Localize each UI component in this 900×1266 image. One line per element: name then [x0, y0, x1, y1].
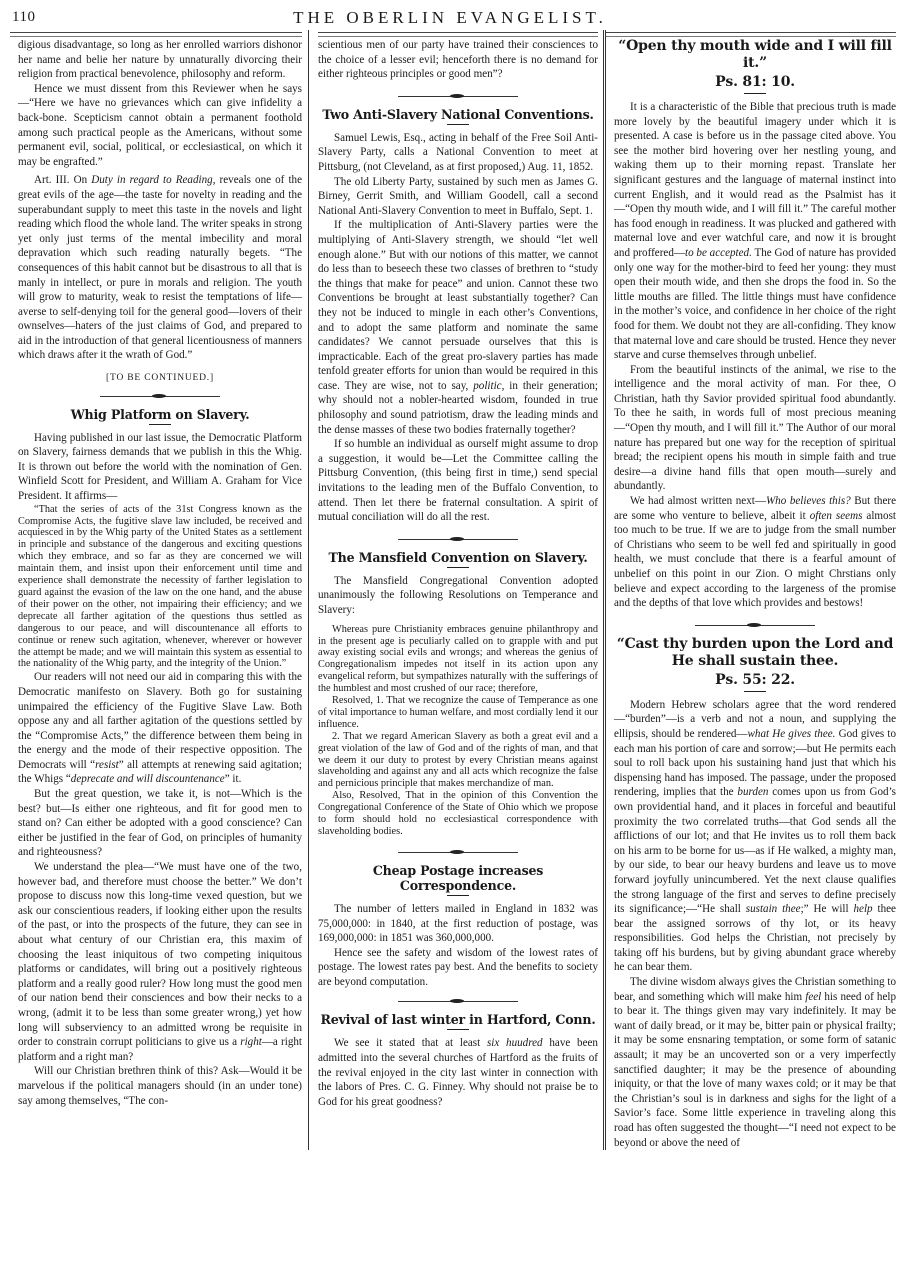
paragraph: Hence see the safety and wisdom of the l…	[318, 946, 598, 990]
column-1: digious disadvantage, so long as her enr…	[18, 38, 302, 1108]
paragraph: scientious men of our party have trained…	[318, 38, 598, 82]
scripture-reference: Ps. 55: 22.	[614, 672, 896, 689]
header-rule	[10, 32, 302, 37]
scripture-reference: Ps. 81: 10.	[614, 74, 896, 91]
headline-underline	[149, 424, 171, 425]
headline-underline	[447, 1029, 469, 1030]
paragraph: If the multiplication of Anti-Slavery pa…	[318, 218, 598, 437]
resolutions: Whereas pure Christianity embraces genui…	[318, 624, 598, 838]
paragraph: The divine wisdom always gives the Chris…	[614, 975, 896, 1150]
headline-revival-hartford: Revival of last winter in Hartford, Conn…	[318, 1012, 598, 1027]
paragraph: Also, Resolved, That in the opinion of t…	[318, 790, 598, 838]
article-title-italic: Duty in regard to Reading	[91, 174, 212, 186]
paragraph: It is a characteristic of the Bible that…	[614, 100, 896, 363]
headline-underline	[447, 567, 469, 568]
section-divider	[398, 1001, 518, 1002]
column-divider	[308, 30, 309, 1150]
paragraph: We understand the plea—“We must have one…	[18, 860, 302, 1064]
headline-underline	[744, 93, 766, 94]
paragraph: We had almost written next—Who believes …	[614, 494, 896, 611]
headline-two-conventions: Two Anti-Slavery National Conventions.	[318, 107, 598, 122]
paragraph: Will our Christian brethren think of thi…	[18, 1064, 302, 1108]
headline-open-thy-mouth: “Open thy mouth wide and I will fill it.…	[614, 38, 896, 72]
paragraph: digious disadvantage, so long as her enr…	[18, 38, 302, 82]
newspaper-title: THE OBERLIN EVANGELIST.	[0, 8, 900, 28]
headline-underline	[447, 124, 469, 125]
masthead: 110 THE OBERLIN EVANGELIST.	[0, 0, 900, 32]
paragraph: The number of letters mailed in England …	[318, 902, 598, 946]
paragraph: Art. III. On Duty in regard to Reading, …	[18, 173, 302, 363]
paragraph: Hence we must dissent from this Reviewer…	[18, 82, 302, 170]
headline-cast-thy-burden: “Cast thy burden upon the Lord and He sh…	[614, 636, 896, 670]
column-3: “Open thy mouth wide and I will fill it.…	[614, 38, 896, 1150]
headline-underline	[744, 691, 766, 692]
paragraph: 2. That we regard American Slavery as bo…	[318, 731, 598, 791]
paragraph: We see it stated that at least six huudr…	[318, 1036, 598, 1109]
paragraph: The old Liberty Party, sustained by such…	[318, 175, 598, 219]
header-rule	[318, 32, 598, 37]
section-divider	[695, 625, 815, 626]
header-rule	[606, 32, 896, 37]
paragraph: Samuel Lewis, Esq., acting in behalf of …	[318, 131, 598, 175]
section-divider	[100, 396, 220, 397]
paragraph: The Mansfield Congregational Convention …	[318, 574, 598, 618]
section-divider	[398, 852, 518, 853]
headline-whig-platform: Whig Platform on Slavery.	[18, 407, 302, 422]
paragraph: Whereas pure Christianity embraces genui…	[318, 624, 598, 695]
paragraph: Modern Hebrew scholars agree that the wo…	[614, 698, 896, 975]
paragraph: But the great question, we take it, is n…	[18, 787, 302, 860]
paragraph: Having published in our last issue, the …	[18, 431, 302, 504]
paragraph: Our readers will not need our aid in com…	[18, 670, 302, 787]
paragraph: Resolved, 1. That we recognize the cause…	[318, 695, 598, 731]
section-divider	[398, 96, 518, 97]
to-be-continued-note: [TO BE CONTINUED.]	[18, 371, 302, 386]
column-divider	[603, 30, 606, 1150]
section-divider	[398, 539, 518, 540]
headline-underline	[447, 895, 469, 896]
paragraph: If so humble an individual as ourself mi…	[318, 437, 598, 525]
paragraph: From the beautiful instincts of the anim…	[614, 363, 896, 494]
headline-cheap-postage: Cheap Postage increases Correspondence.	[318, 863, 598, 893]
headline-mansfield: The Mansfield Convention on Slavery.	[318, 550, 598, 565]
block-quote: “That the series of acts of the 31st Con…	[18, 504, 302, 671]
column-2: scientious men of our party have trained…	[318, 38, 598, 1109]
